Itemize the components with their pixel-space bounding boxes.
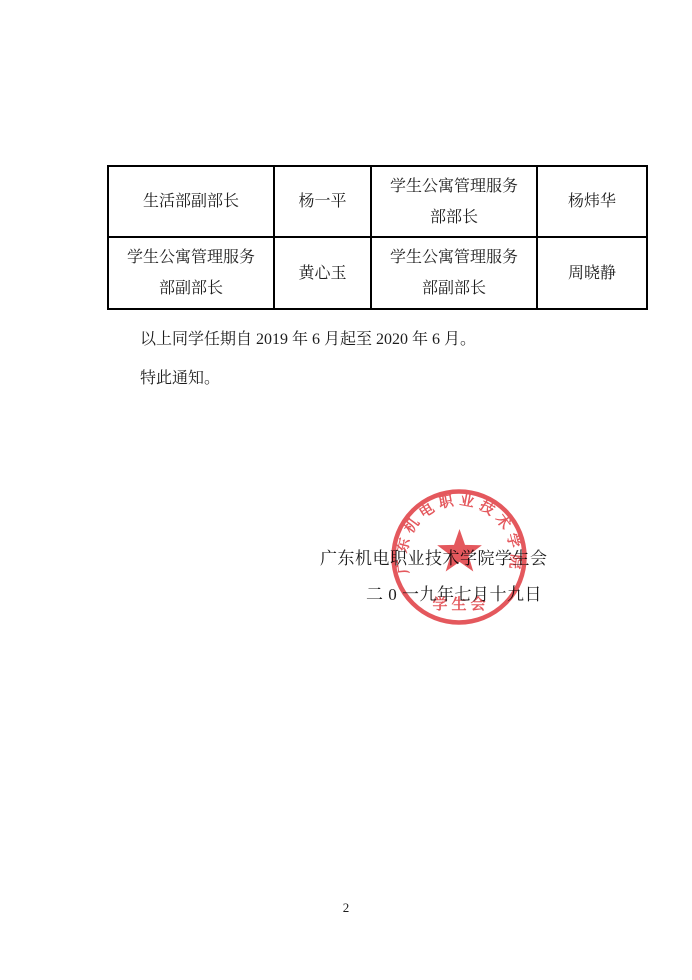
page-number: 2 [0, 900, 692, 916]
name-cell: 杨一平 [274, 166, 371, 237]
notice-body: 以上同学任期自 2019 年 6 月起至 2020 年 6 月。 特此通知。 [108, 330, 608, 389]
appointment-table: 生活部副部长 杨一平 学生公寓管理服务 部部长 杨炜华 学生公寓管理服务 部副部… [107, 165, 648, 310]
table-row: 学生公寓管理服务 部副部长 黄心玉 学生公寓管理服务 部副部长 周晓静 [108, 237, 647, 309]
position-cell: 生活部副部长 [108, 166, 274, 237]
term-paragraph: 以上同学任期自 2019 年 6 月起至 2020 年 6 月。 [108, 330, 608, 350]
notice-paragraph: 特此通知。 [108, 369, 608, 389]
signature-date: 二 0 一九年七月十九日 [366, 580, 542, 605]
name-cell: 周晓静 [537, 237, 647, 309]
signature-organization: 广东机电职业技术学院学生会 [320, 544, 548, 569]
document-page: 生活部副部长 杨一平 学生公寓管理服务 部部长 杨炜华 学生公寓管理服务 部副部… [0, 0, 692, 980]
name-cell: 黄心玉 [274, 237, 371, 309]
position-cell: 学生公寓管理服务 部副部长 [371, 237, 537, 309]
position-cell: 学生公寓管理服务 部部长 [371, 166, 537, 237]
name-cell: 杨炜华 [537, 166, 647, 237]
position-cell: 学生公寓管理服务 部副部长 [108, 237, 274, 309]
table-row: 生活部副部长 杨一平 学生公寓管理服务 部部长 杨炜华 [108, 166, 647, 237]
